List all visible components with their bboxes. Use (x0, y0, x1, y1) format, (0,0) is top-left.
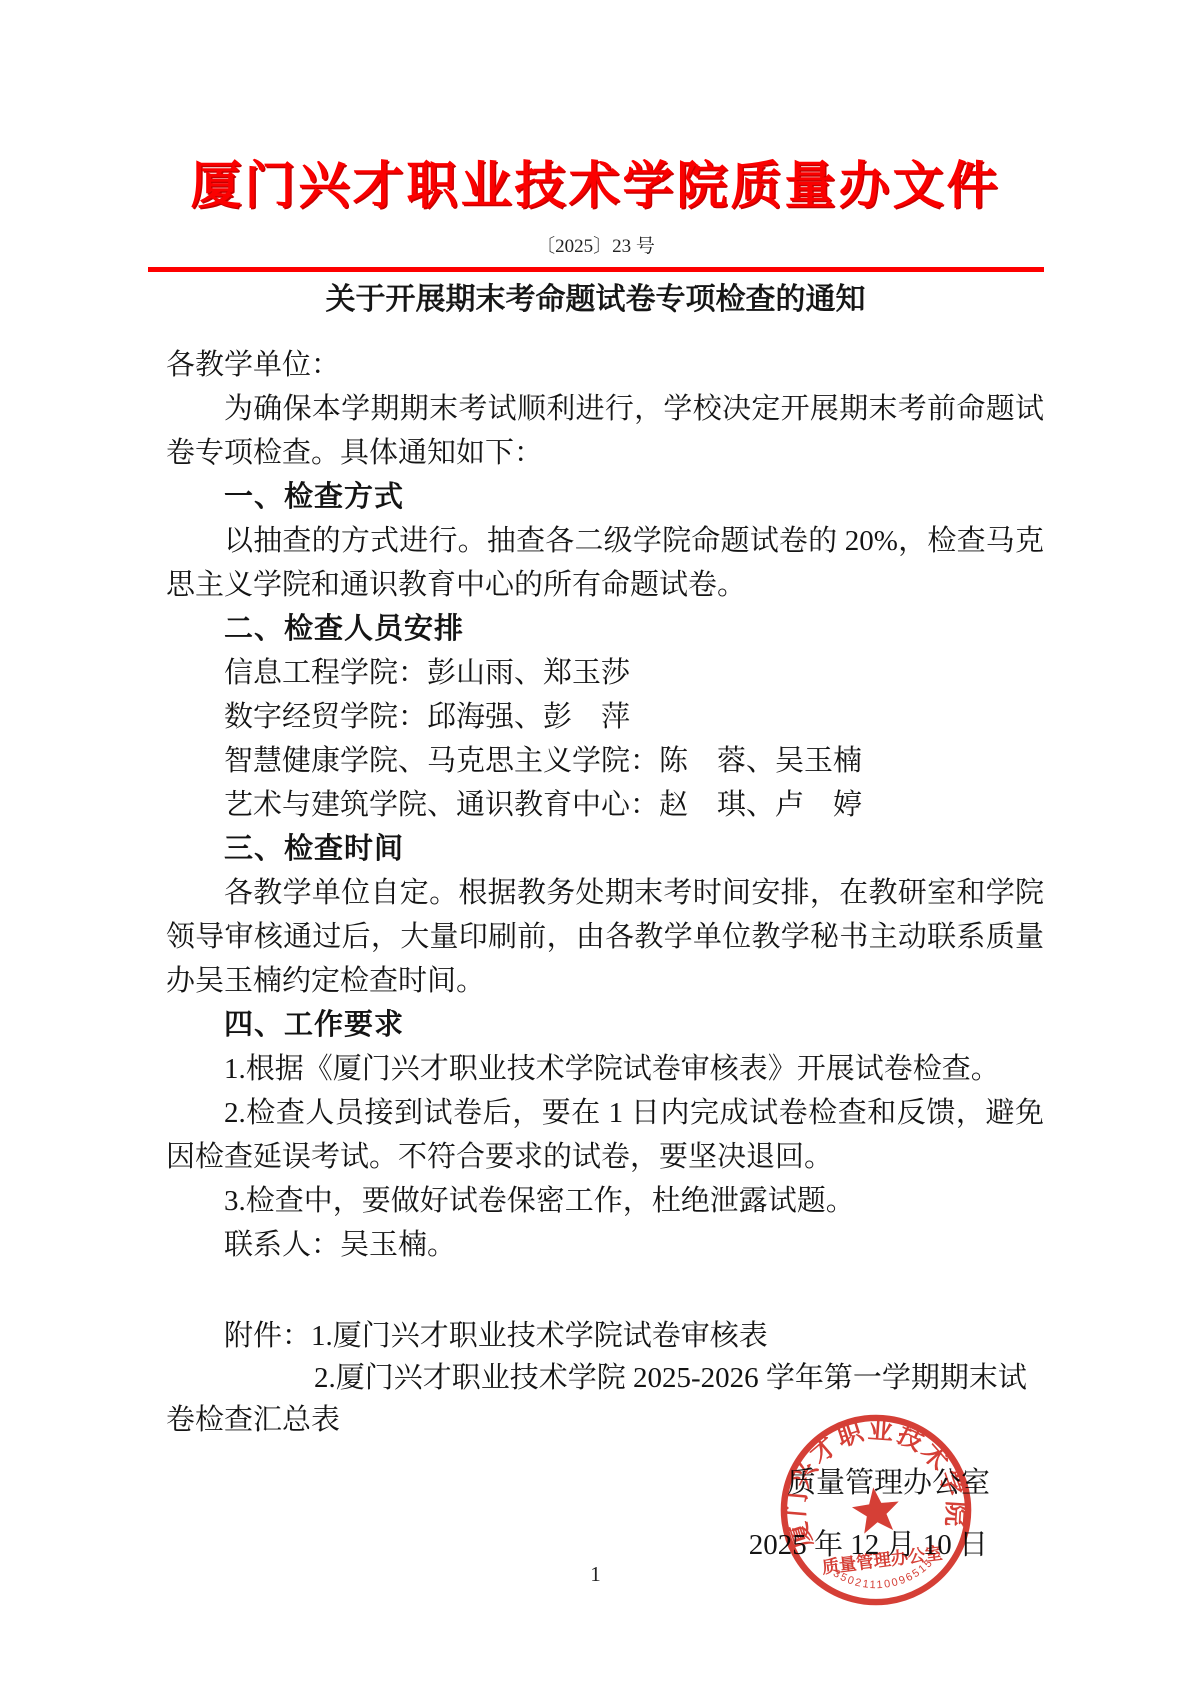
section-2-line-3: 智慧健康学院、马克思主义学院：陈 蓉、吴玉楠 (166, 739, 1044, 783)
letterhead-divider (148, 267, 1044, 272)
intro-paragraph: 为确保本学期期末考试顺利进行，学校决定开展期末考前命题试卷专项检查。具体通知如下… (166, 387, 1044, 475)
section-2-line-1: 信息工程学院：彭山雨、郑玉莎 (166, 651, 1044, 695)
section-3-paragraph: 各教学单位自定。根据教务处期末考时间安排，在教研室和学院领导审核通过后，大量印刷… (166, 871, 1044, 1003)
section-2-heading: 二、检查人员安排 (166, 607, 1044, 651)
section-2-line-2: 数字经贸学院：邱海强、彭 萍 (166, 695, 1044, 739)
attachment-1: 附件：1.厦门兴才职业技术学院试卷审核表 (166, 1315, 1044, 1357)
section-4-item-3: 3.检查中，要做好试卷保密工作，杜绝泄露试题。 (166, 1179, 1044, 1223)
section-3-heading: 三、检查时间 (166, 827, 1044, 871)
section-4-item-1: 1.根据《厦门兴才职业技术学院试卷审核表》开展试卷检查。 (166, 1047, 1044, 1091)
letterhead-org-title: 厦门兴才职业技术学院质量办文件 (0, 156, 1191, 218)
attachments: 附件：1.厦门兴才职业技术学院试卷审核表 2.厦门兴才职业技术学院 2025-2… (166, 1315, 1044, 1441)
notice-body: 各教学单位： 为确保本学期期末考试顺利进行，学校决定开展期末考前命题试卷专项检查… (166, 343, 1044, 1267)
document-page: 厦门兴才职业技术学院质量办文件 〔2025〕23 号 关于开展期末考命题试卷专项… (0, 0, 1191, 1684)
signature-date: 2025 年 12 月 10 日 (0, 1530, 988, 1560)
signature-office: 质量管理办公室 (0, 1468, 990, 1498)
section-4-heading: 四、工作要求 (166, 1003, 1044, 1047)
section-1-heading: 一、检查方式 (166, 475, 1044, 519)
contact-line: 联系人：吴玉楠。 (166, 1223, 1044, 1267)
doc-number: 〔2025〕23 号 (0, 235, 1191, 259)
section-2-line-4: 艺术与建筑学院、通识教育中心：赵 琪、卢 婷 (166, 783, 1044, 827)
section-1-paragraph: 以抽查的方式进行。抽查各二级学院命题试卷的 20%，检查马克思主义学院和通识教育… (166, 519, 1044, 607)
page-number: 1 (0, 1562, 1191, 1586)
notice-title: 关于开展期末考命题试卷专项检查的通知 (0, 283, 1191, 317)
attachment-2: 2.厦门兴才职业技术学院 2025-2026 学年第一学期期末试卷检查汇总表 (166, 1357, 1044, 1441)
salutation: 各教学单位： (166, 343, 1044, 387)
section-4-item-2: 2.检查人员接到试卷后，要在 1 日内完成试卷检查和反馈，避免因检查延误考试。不… (166, 1091, 1044, 1179)
